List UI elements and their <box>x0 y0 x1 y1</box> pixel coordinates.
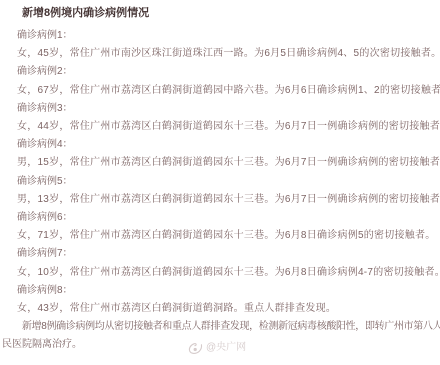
case-8-label: 确诊病例8： <box>2 282 440 300</box>
case-3-detail: 女，44岁，常住广州市荔湾区白鹤洞街道鹤园东十三巷。为6月7日一例确诊病例的密切… <box>2 118 440 136</box>
watermark-handle: @央广网 <box>206 341 246 355</box>
weibo-eye-icon <box>188 342 203 355</box>
case-6-label: 确诊病例6： <box>2 209 440 227</box>
watermark: @央广网 <box>188 341 246 355</box>
case-1-label: 确诊病例1： <box>2 27 440 45</box>
case-7-detail: 女，10岁，常住广州市荔湾区白鹤洞街道鹤园东十三巷。为6月8日确诊病例4-7的密… <box>2 264 440 282</box>
article-body: 新增8例境内确诊病例情况 确诊病例1： 女，45岁，常住广州市南沙区珠江街道珠江… <box>0 0 440 355</box>
case-1-detail: 女，45岁，常住广州市南沙区珠江街道珠江西一路。为6月5日确诊病例4、5的次密切… <box>2 45 440 63</box>
case-2-label: 确诊病例2： <box>2 63 440 81</box>
case-2-detail: 女，67岁，常住广州市荔湾区白鹤洞街道鹤园中路六巷。为6月6日确诊病例1、2的密… <box>2 82 440 100</box>
case-4-label: 确诊病例4： <box>2 136 440 154</box>
case-4-detail: 男，15岁，常住广州市荔湾区白鹤洞街道鹤园东十三巷。为6月7日一例确诊病例的密切… <box>2 154 440 172</box>
case-5-label: 确诊病例5： <box>2 173 440 191</box>
case-6-detail: 女，71岁，常住广州市荔湾区白鹤洞街道鹤园东十三巷。为6月8日确诊病例5的密切接… <box>2 227 440 245</box>
case-3-label: 确诊病例3： <box>2 100 440 118</box>
case-8-detail: 女，43岁，常住广州市荔湾区白鹤洞街道鹤洞路。重点人群排查发现。 <box>2 300 440 318</box>
case-7-label: 确诊病例7： <box>2 245 440 263</box>
case-5-detail: 男，13岁，常住广州市荔湾区白鹤洞街道鹤园东十三巷。为6月7日一例确诊病例的密切… <box>2 191 440 209</box>
article-title: 新增8例境内确诊病例情况 <box>2 5 440 22</box>
summary-line-1: 新增8例确诊病例均从密切接触者和重点人群排查发现，检测新冠病毒核酸阳性，即转广州… <box>2 318 440 336</box>
